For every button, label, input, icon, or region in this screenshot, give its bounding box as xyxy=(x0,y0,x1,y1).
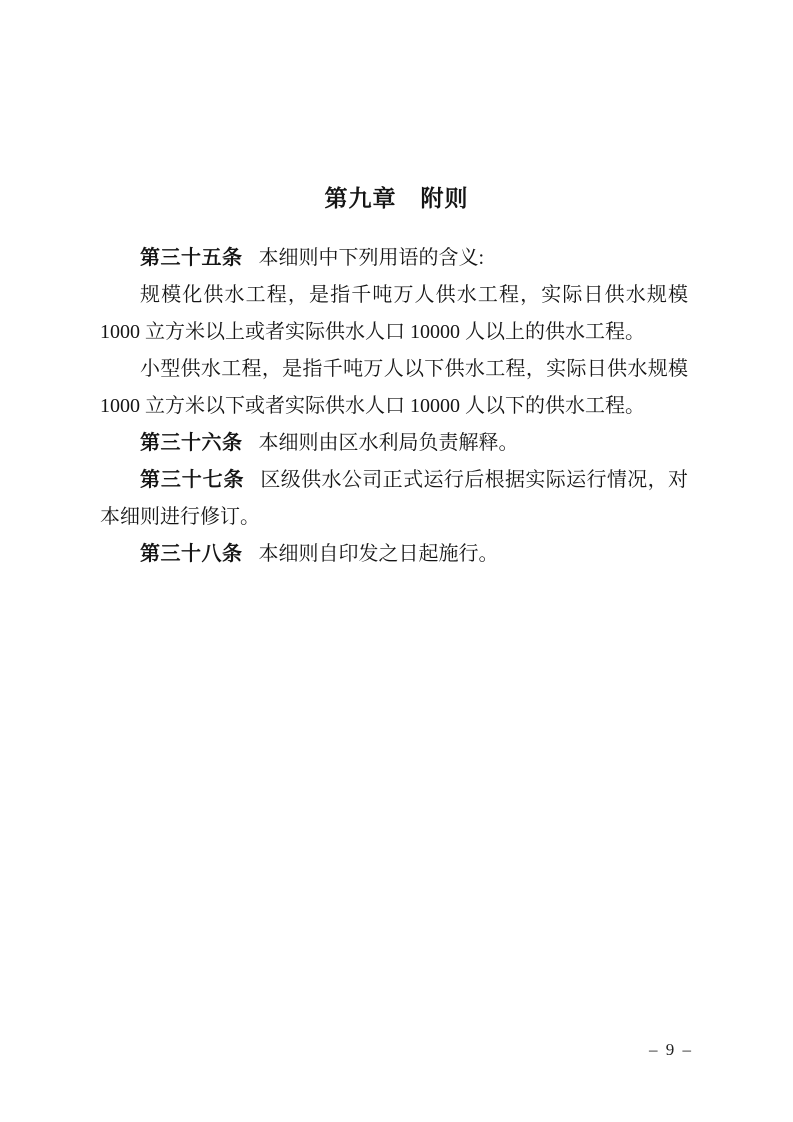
article-text: 区级供水公司正式运行后根据实际运行情况，对 xyxy=(260,469,688,491)
article-text: 小型供水工程，是指千吨万人以下供水工程，实际日供水规模 xyxy=(140,358,688,380)
article-text: 本细则进行修订。 xyxy=(100,506,260,528)
article-paragraph: 第三十七条区级供水公司正式运行后根据实际运行情况，对本细则进行修订。 xyxy=(100,462,688,536)
article-text: 规模化供水工程，是指千吨万人供水工程，实际日供水规模 xyxy=(140,284,688,306)
article-paragraph: 第三十八条本细则自印发之日起施行。 xyxy=(100,536,688,573)
article-paragraph: 第三十六条本细则由区水利局负责解释。 xyxy=(100,425,688,462)
text-line: 第三十六条本细则由区水利局负责解释。 xyxy=(100,425,688,462)
page-number: – 9 – xyxy=(649,1040,693,1060)
article-number-label: 第三十六条 xyxy=(140,432,243,454)
article-paragraph: 第三十五条本细则中下列用语的含义: xyxy=(100,240,688,277)
document-page: 第九章 附则 第三十五条本细则中下列用语的含义:规模化供水工程，是指千吨万人供水… xyxy=(0,0,793,1122)
article-paragraph: 小型供水工程，是指千吨万人以下供水工程，实际日供水规模1000 立方米以下或者实… xyxy=(100,351,688,425)
article-number-label: 第三十七条 xyxy=(140,469,244,491)
article-text: 本细则由区水利局负责解释。 xyxy=(259,432,519,454)
text-line: 第三十七条区级供水公司正式运行后根据实际运行情况，对 xyxy=(100,462,688,499)
article-paragraph: 规模化供水工程，是指千吨万人供水工程，实际日供水规模1000 立方米以上或者实际… xyxy=(100,277,688,351)
text-line: 小型供水工程，是指千吨万人以下供水工程，实际日供水规模 xyxy=(100,351,688,388)
text-line: 1000 立方米以下或者实际供水人口 10000 人以下的供水工程。 xyxy=(100,388,688,425)
document-body: 第三十五条本细则中下列用语的含义:规模化供水工程，是指千吨万人供水工程，实际日供… xyxy=(100,240,688,573)
article-text: 1000 立方米以上或者实际供水人口 10000 人以上的供水工程。 xyxy=(100,321,645,343)
text-line: 第三十五条本细则中下列用语的含义: xyxy=(100,240,688,277)
article-text: 本细则中下列用语的含义: xyxy=(259,247,485,269)
text-line: 规模化供水工程，是指千吨万人供水工程，实际日供水规模 xyxy=(100,277,688,314)
text-line: 第三十八条本细则自印发之日起施行。 xyxy=(100,536,688,573)
text-line: 1000 立方米以上或者实际供水人口 10000 人以上的供水工程。 xyxy=(100,314,688,351)
article-text: 1000 立方米以下或者实际供水人口 10000 人以下的供水工程。 xyxy=(100,395,645,417)
article-text: 本细则自印发之日起施行。 xyxy=(259,543,499,565)
chapter-title: 第九章 附则 xyxy=(0,180,793,213)
text-line: 本细则进行修订。 xyxy=(100,499,688,536)
article-number-label: 第三十八条 xyxy=(140,543,243,565)
article-number-label: 第三十五条 xyxy=(140,247,243,269)
